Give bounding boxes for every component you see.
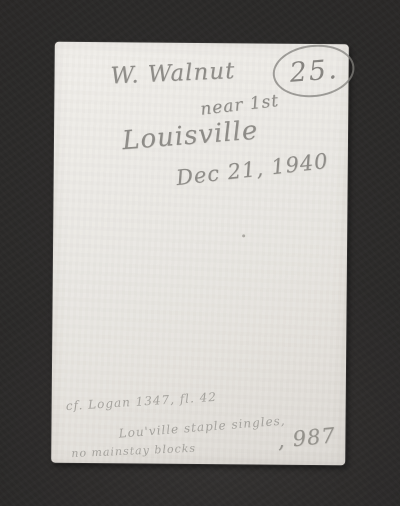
inscription-cross-street: near 1st xyxy=(200,93,280,119)
inscription-city: Louisville xyxy=(121,118,259,155)
pencil-dot xyxy=(242,234,245,237)
note-reference: cf. Logan 1347, fl. 42 xyxy=(65,391,217,412)
note-number: , 987 xyxy=(277,425,337,452)
note-caption: Lou'ville staple singles, xyxy=(118,414,286,439)
circled-number-badge: 25. xyxy=(270,41,357,102)
note-remark: no mainstay blocks xyxy=(71,443,196,459)
inscription-date: Dec 21, 1940 xyxy=(175,151,330,189)
badge-number: 25. xyxy=(288,56,339,87)
inscription-street: W. Walnut xyxy=(110,60,236,88)
photo-card-verso: 25. W. Walnut near 1st Louisville Dec 21… xyxy=(51,42,349,466)
